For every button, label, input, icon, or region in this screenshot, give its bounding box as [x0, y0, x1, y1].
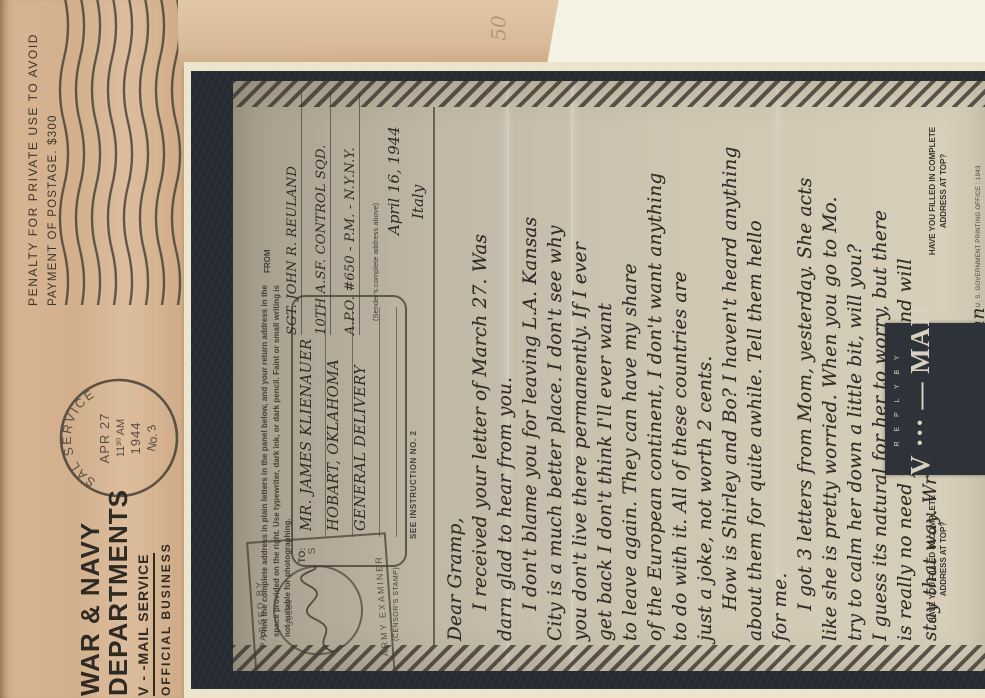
- photo-dark-frame: Print the complete address in plain lett…: [191, 71, 985, 689]
- vmail-sheet-rotated: Print the complete address in plain lett…: [233, 81, 985, 671]
- to-address-rule: [396, 307, 397, 537]
- censor-u: U: [315, 666, 326, 671]
- dept-line-war-navy: WAR & NAVY: [76, 448, 104, 696]
- footer-reminder-line2: ADDRESS AT TOP?: [938, 477, 949, 641]
- letter-body-line: get back I don't think I'll ever want: [593, 107, 618, 641]
- letter-body-line: try to calm her down a little bit, will …: [843, 107, 868, 641]
- dept-line-departments: DEPARTMENTS: [104, 448, 132, 696]
- wavy-cancellation-lines: [58, 0, 190, 305]
- censor-number: 39588: [282, 569, 297, 655]
- letter-body-line: How is Shirley and Bo? I haven't heard a…: [718, 107, 743, 641]
- to-address-line: MR. JAMES KLIENAUER: [299, 307, 326, 537]
- censor-stamp: PASSED BY U S 39588 ARMY EXAMINER: [246, 532, 396, 671]
- vmail-form-sheet: Print the complete address in plain lett…: [233, 81, 985, 671]
- letter-body-line: City is a much better place. I don't see…: [543, 107, 568, 641]
- letter-body-line: just a joke, not worth 2 cents.: [693, 107, 718, 641]
- censor-circle: 39588: [270, 562, 366, 658]
- letter-body: Dear Gramp, I received your letter of Ma…: [443, 107, 943, 641]
- letter-body-line: you don't live there permanently. If I e…: [568, 107, 593, 641]
- gpo-imprint: ☆ U. S. GOVERNMENT PRINTING OFFICE : 194…: [975, 165, 982, 315]
- letter-body-line: I received your letter of March 27. Was: [468, 107, 493, 641]
- to-address-panel: MR. JAMES KLIENAUERHOBART, OKLAHOMAGENER…: [291, 295, 407, 567]
- from-address-lines: SGT. JOHN R. REULAND10TH A.SF. CONTROL S…: [273, 93, 360, 335]
- footer-reminder-line1: HAVE YOU FILLED IN COMPLETE: [927, 477, 938, 641]
- header-divider-rule: [433, 107, 435, 645]
- footer-reminder-line1: HAVE YOU FILLED IN COMPLETE: [927, 109, 938, 273]
- vmail-logo: R E P L Y B Y V ··· — MAIL: [885, 323, 985, 475]
- official-business-line: OFFICIAL BUSINESS: [159, 448, 173, 696]
- from-label: FROM: [263, 249, 272, 273]
- vmail-logo-reply-by: R E P L Y B Y: [894, 323, 901, 475]
- scanned-vmail-letter: PENALTY FOR PRIVATE USE TO AVOID PAYMENT…: [0, 0, 985, 698]
- to-address-line: GENERAL DELIVERY: [353, 307, 380, 537]
- photostat-print: Print the complete address in plain lett…: [184, 62, 985, 698]
- letter-place: Italy: [409, 185, 427, 219]
- war-navy-text-block: WAR & NAVY DEPARTMENTS V - -MAIL SERVICE…: [76, 448, 188, 696]
- footer-reminder-line2: ADDRESS AT TOP?: [938, 109, 949, 273]
- letter-body-line: like she is pretty worried. When you go …: [818, 107, 843, 641]
- to-address-lines: MR. JAMES KLIENAUERHOBART, OKLAHOMAGENER…: [299, 307, 380, 537]
- letter-body-line: of the European continent, I don't want …: [643, 107, 668, 641]
- letter-body-line: for me.: [768, 107, 793, 641]
- penalty-line: PENALTY FOR PRIVATE USE TO AVOID: [26, 38, 40, 306]
- letter-body-line: I got 3 letters from Mom, yesterday. She…: [793, 107, 818, 641]
- censor-s: S: [307, 547, 318, 554]
- vmail-service-line: V - -MAIL SERVICE: [135, 553, 155, 696]
- vmail-logo-text: V ··· — MAIL: [905, 323, 936, 475]
- envelope-strip: PENALTY FOR PRIVATE USE TO AVOID PAYMENT…: [0, 0, 187, 698]
- from-address-line: 10TH A.SF. CONTROL SQD.: [302, 93, 331, 335]
- letter-body-line: darn glad to hear from you.: [493, 107, 518, 641]
- letter-body-line: Dear Gramp,: [443, 107, 468, 641]
- censor-passed-by: PASSED BY: [251, 543, 271, 671]
- footer-reminder-left: HAVE YOU FILLED IN COMPLETE ADDRESS AT T…: [927, 477, 949, 641]
- footer-reminder-right: HAVE YOU FILLED IN COMPLETE ADDRESS AT T…: [927, 109, 949, 273]
- pencil-note: 50: [487, 15, 511, 40]
- letter-body-line: about them for quite awhile. Tell them h…: [743, 107, 768, 641]
- censor-signature-scrawl: [298, 562, 345, 661]
- see-instruction-note: SEE INSTRUCTION NO. 2: [409, 430, 418, 539]
- from-address-line: SGT. JOHN R. REULAND: [273, 93, 302, 335]
- sender-address-caption: (Sender's complete address above): [371, 203, 380, 321]
- letter-date: April 16, 1944: [385, 126, 403, 235]
- letter-body-line: to leave again. They can have my share: [618, 107, 643, 641]
- letter-body-line: I don't blame you for leaving L.A. Kansa…: [518, 107, 543, 641]
- to-address-line: HOBART, OKLAHOMA: [326, 307, 353, 537]
- censor-stamp-caption: (CENSOR'S STAMP): [393, 567, 400, 641]
- letter-body-line: to do with it. All of these countries ar…: [668, 107, 693, 641]
- from-address-line: A.P.O. #650 - P.M. - N.Y.N.Y.: [331, 93, 360, 335]
